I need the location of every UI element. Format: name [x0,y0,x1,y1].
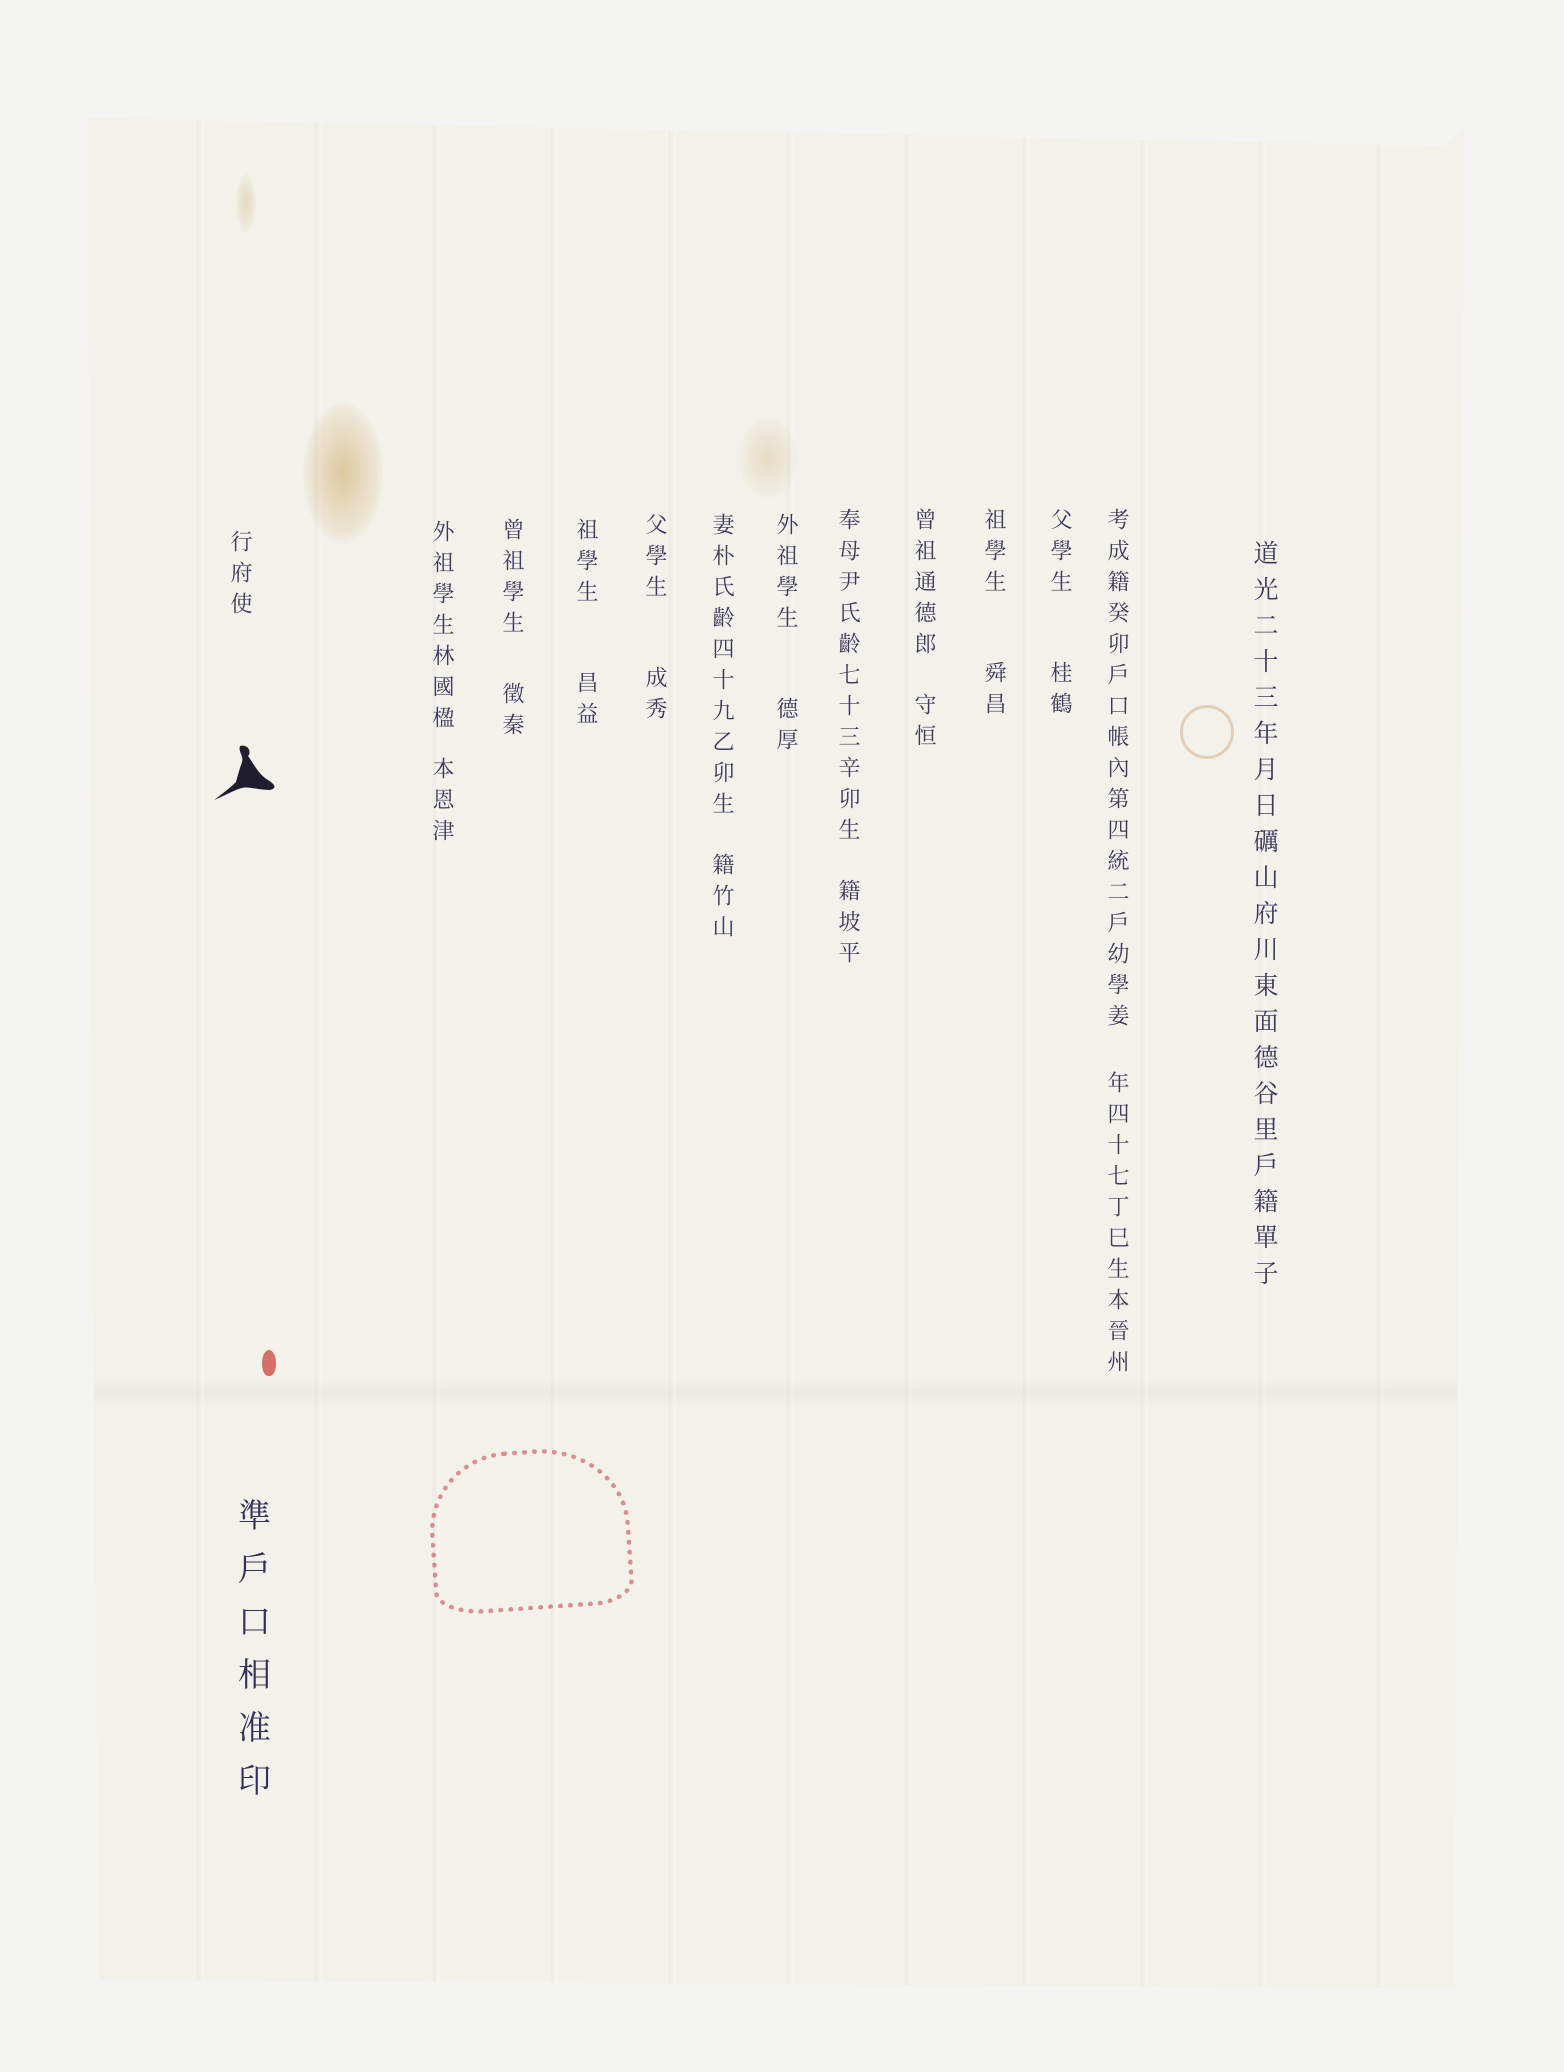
signature-mark-icon [208,742,288,802]
householder-column: 考成籍癸卯戶口帳內第四統二戶幼學姜年四十七丁巳生本晉州 [1105,440,1149,1381]
great-grandfather-column: 曾祖通德郎守恒 [912,440,956,755]
wife-grandfather-column: 祖學生昌益 [574,450,618,733]
circular-stain [1180,705,1234,759]
red-ink-mark [262,1350,276,1376]
wife-maternal-grandfather-column: 外祖學生林國楹本恩津 [430,452,474,850]
wife-father-column: 父學生成秀 [643,445,687,728]
maternal-grandfather-column: 外祖學生德厚 [774,445,818,759]
grandfather-column: 祖學生舜昌 [982,440,1026,723]
verification-column: 準戶口相准印 [236,1380,302,1816]
official-title-column: 行府使 [228,462,272,623]
mother-column: 奉母尹氏齡七十三辛卯生籍坡平 [836,440,880,972]
water-stain [236,173,256,233]
water-stain [303,403,383,543]
wife-great-grandfather-column: 曾祖學生徵秦 [500,450,544,744]
father-column: 父學生桂鶴 [1048,440,1092,723]
wife-column: 妻朴氏齡四十九乙卯生籍竹山 [710,445,754,946]
document-title-column: 道光二十三年月日礪山府川東面德谷里戶籍單子 [1252,460,1302,1296]
